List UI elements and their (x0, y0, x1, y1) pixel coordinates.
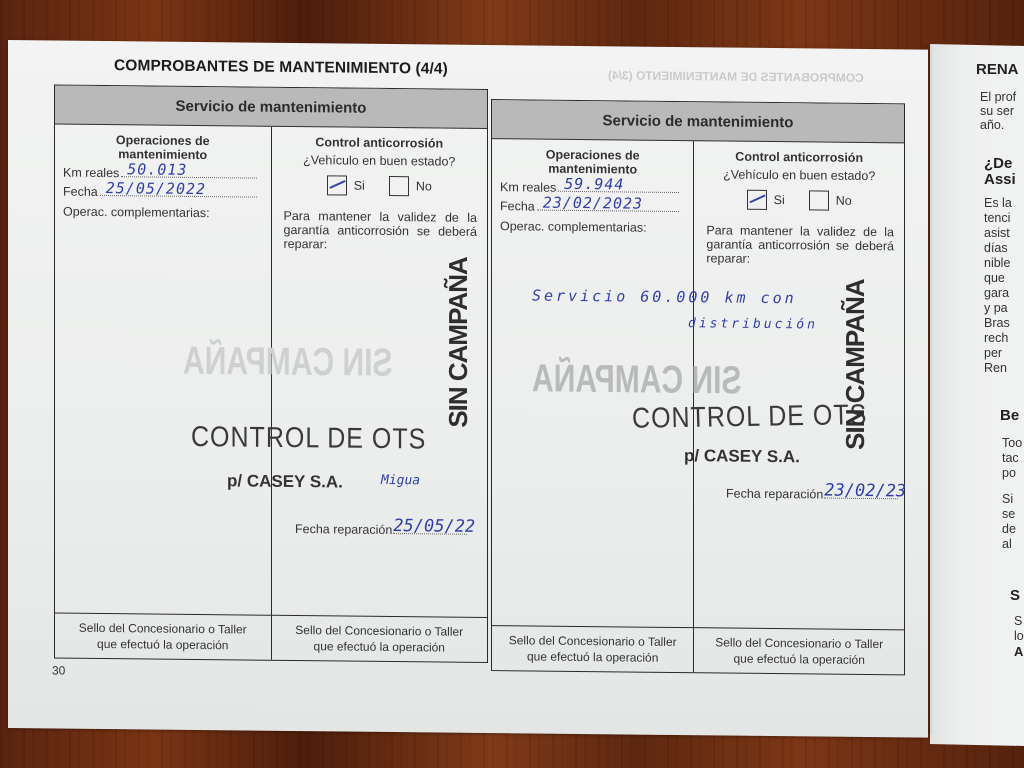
right-text: su ser (980, 104, 1014, 119)
date-field: Fecha 25/05/2022 (55, 181, 271, 200)
page-title: COMPROBANTES DE MANTENIMIENTO (4/4) (114, 57, 448, 78)
km-value: 50.013 (127, 160, 187, 179)
sin-campana-stamp: SIN CAMPAÑA (840, 279, 871, 450)
repair-date-field: Fecha reparación25/05/22 (295, 522, 467, 538)
casey-stamp: p/ CASEY S.A. (227, 471, 343, 492)
control-ots-stamp: CONTROL DE OTS (632, 399, 868, 436)
right-text: gara (984, 286, 1009, 301)
check-mark-icon (329, 180, 345, 189)
right-text: que (984, 271, 1005, 286)
anticorrosion-title: Control anticorrosión (694, 141, 904, 165)
anticorrosion-title: Control anticorrosión (272, 127, 488, 151)
repair-date-field: Fecha reparación23/02/23 (726, 487, 898, 503)
right-text: y pa (984, 301, 1008, 316)
date-value: 25/05/2022 (106, 179, 206, 198)
right-text: al (1002, 537, 1012, 552)
warranty-instruction: Para mantener la validez de la garantía … (694, 223, 904, 267)
yes-label: Si (354, 179, 365, 193)
seal-label-line2: que efectuó la operación (527, 648, 658, 665)
date-field: Fecha 23/02/2023 (492, 196, 693, 215)
right-subheading: ¿De (984, 156, 1012, 171)
casey-stamp: p/ CASEY S.A. (684, 446, 800, 467)
yes-label: Si (774, 193, 785, 207)
right-text: lo (1014, 629, 1024, 644)
yes-checkbox[interactable] (747, 190, 767, 210)
right-text: S (1014, 614, 1022, 629)
right-subheading: Assi (984, 172, 1016, 187)
right-text: po (1002, 466, 1016, 481)
complementary-ops-label: Operac. complementarias: (492, 219, 693, 235)
signature: Migua (381, 473, 420, 488)
vehicle-condition-question: ¿Vehículo en buen estado? (272, 153, 488, 169)
right-page (930, 44, 1024, 746)
right-text: tenci (984, 211, 1010, 226)
date-value: 23/02/2023 (543, 194, 643, 213)
repair-date-value: 23/02/23 (824, 481, 906, 502)
control-ots-stamp: CONTROL DE OTS (191, 421, 426, 457)
no-label: No (416, 179, 432, 193)
km-value: 59.944 (564, 175, 624, 194)
right-text: días (984, 241, 1008, 256)
sin-campana-stamp: SIN CAMPAÑA (443, 257, 474, 428)
right-text: Ren (984, 361, 1007, 376)
seal-label-line2: que efectuó la operación (97, 636, 228, 653)
dealer-seal-cell: Sello del Concesionario o Taller que efe… (272, 615, 488, 662)
left-page: COMPROBANTES DE MANTENIMIENTO (4/4) COMP… (8, 40, 928, 738)
right-subheading: Be (1000, 408, 1019, 423)
date-label: Fecha (500, 199, 535, 213)
card-header: Servicio de mantenimiento (492, 100, 904, 143)
yes-option[interactable]: Si (327, 175, 365, 195)
right-page-heading: RENA (976, 62, 1019, 77)
no-option[interactable]: No (389, 176, 432, 196)
right-text: año. (980, 118, 1004, 133)
seal-label-line1: Sello del Concesionario o Taller (715, 634, 883, 652)
seal-label-line1: Sello del Concesionario o Taller (79, 620, 247, 638)
operations-title: Operaciones de mantenimiento (55, 124, 271, 162)
dealer-seal-cell: Sello del Concesionario o Taller que efe… (492, 625, 693, 672)
warranty-instruction: Para mantener la validez de la garantía … (272, 209, 488, 253)
repair-date-label: Fecha reparación (295, 522, 392, 537)
maintenance-operations-column: Operaciones de mantenimiento Km reales 5… (55, 124, 271, 659)
right-text: Es la (984, 196, 1012, 211)
maintenance-card-1: Servicio de mantenimiento Operaciones de… (54, 84, 488, 663)
seal-label-line1: Sello del Concesionario o Taller (509, 632, 677, 650)
km-label: Km reales (500, 180, 556, 195)
yes-option[interactable]: Si (747, 190, 785, 210)
page-number: 30 (52, 663, 65, 677)
maintenance-card-2: Servicio de mantenimiento Operaciones de… (491, 99, 905, 675)
right-text: Si (1002, 492, 1013, 507)
date-label: Fecha (63, 185, 98, 199)
repair-date-label: Fecha reparación (726, 487, 823, 502)
vehicle-condition-question: ¿Vehículo en buen estado? (694, 167, 904, 183)
km-label: Km reales (63, 166, 119, 181)
dealer-seal-cell: Sello del Concesionario o Taller que efe… (694, 627, 904, 674)
no-checkbox[interactable] (389, 176, 409, 196)
operations-title: Operaciones de mantenimiento (492, 139, 693, 177)
bleed-through-title: COMPROBANTES DE MANTENIMIENTO (3/4) (608, 68, 864, 85)
right-text: rech (984, 331, 1008, 346)
right-text: Bras (984, 316, 1010, 331)
right-text: A (1014, 644, 1023, 659)
right-text: nible (984, 256, 1010, 271)
handwritten-note-line1: Servicio 60.000 km con (532, 286, 797, 307)
yes-checkbox[interactable] (327, 175, 347, 195)
right-text: de (1002, 522, 1016, 537)
right-text: se (1002, 507, 1015, 522)
seal-label-line1: Sello del Concesionario o Taller (295, 622, 463, 640)
dealer-seal-cell: Sello del Concesionario o Taller que efe… (55, 612, 271, 659)
no-option[interactable]: No (809, 190, 852, 210)
seal-label-line2: que efectuó la operación (314, 638, 445, 655)
seal-label-line2: que efectuó la operación (733, 651, 864, 668)
handwritten-note-line2: distribución (688, 316, 818, 332)
right-subheading: S (1010, 588, 1020, 603)
no-label: No (836, 194, 852, 208)
right-text: per (984, 346, 1002, 361)
right-text: tac (1002, 451, 1019, 466)
check-mark-icon (749, 194, 765, 203)
ghost-stamp: SIN CAMPAÑA (532, 357, 741, 403)
card-header: Servicio de mantenimiento (55, 85, 487, 129)
repair-date-value: 25/05/22 (393, 516, 475, 537)
right-text: asist (984, 226, 1010, 241)
no-checkbox[interactable] (809, 190, 829, 210)
ghost-stamp: SIN CAMPAÑA (183, 340, 392, 386)
right-text: El prof (980, 90, 1016, 105)
complementary-ops-label: Operac. complementarias: (55, 204, 271, 220)
right-text: Too (1002, 436, 1022, 451)
